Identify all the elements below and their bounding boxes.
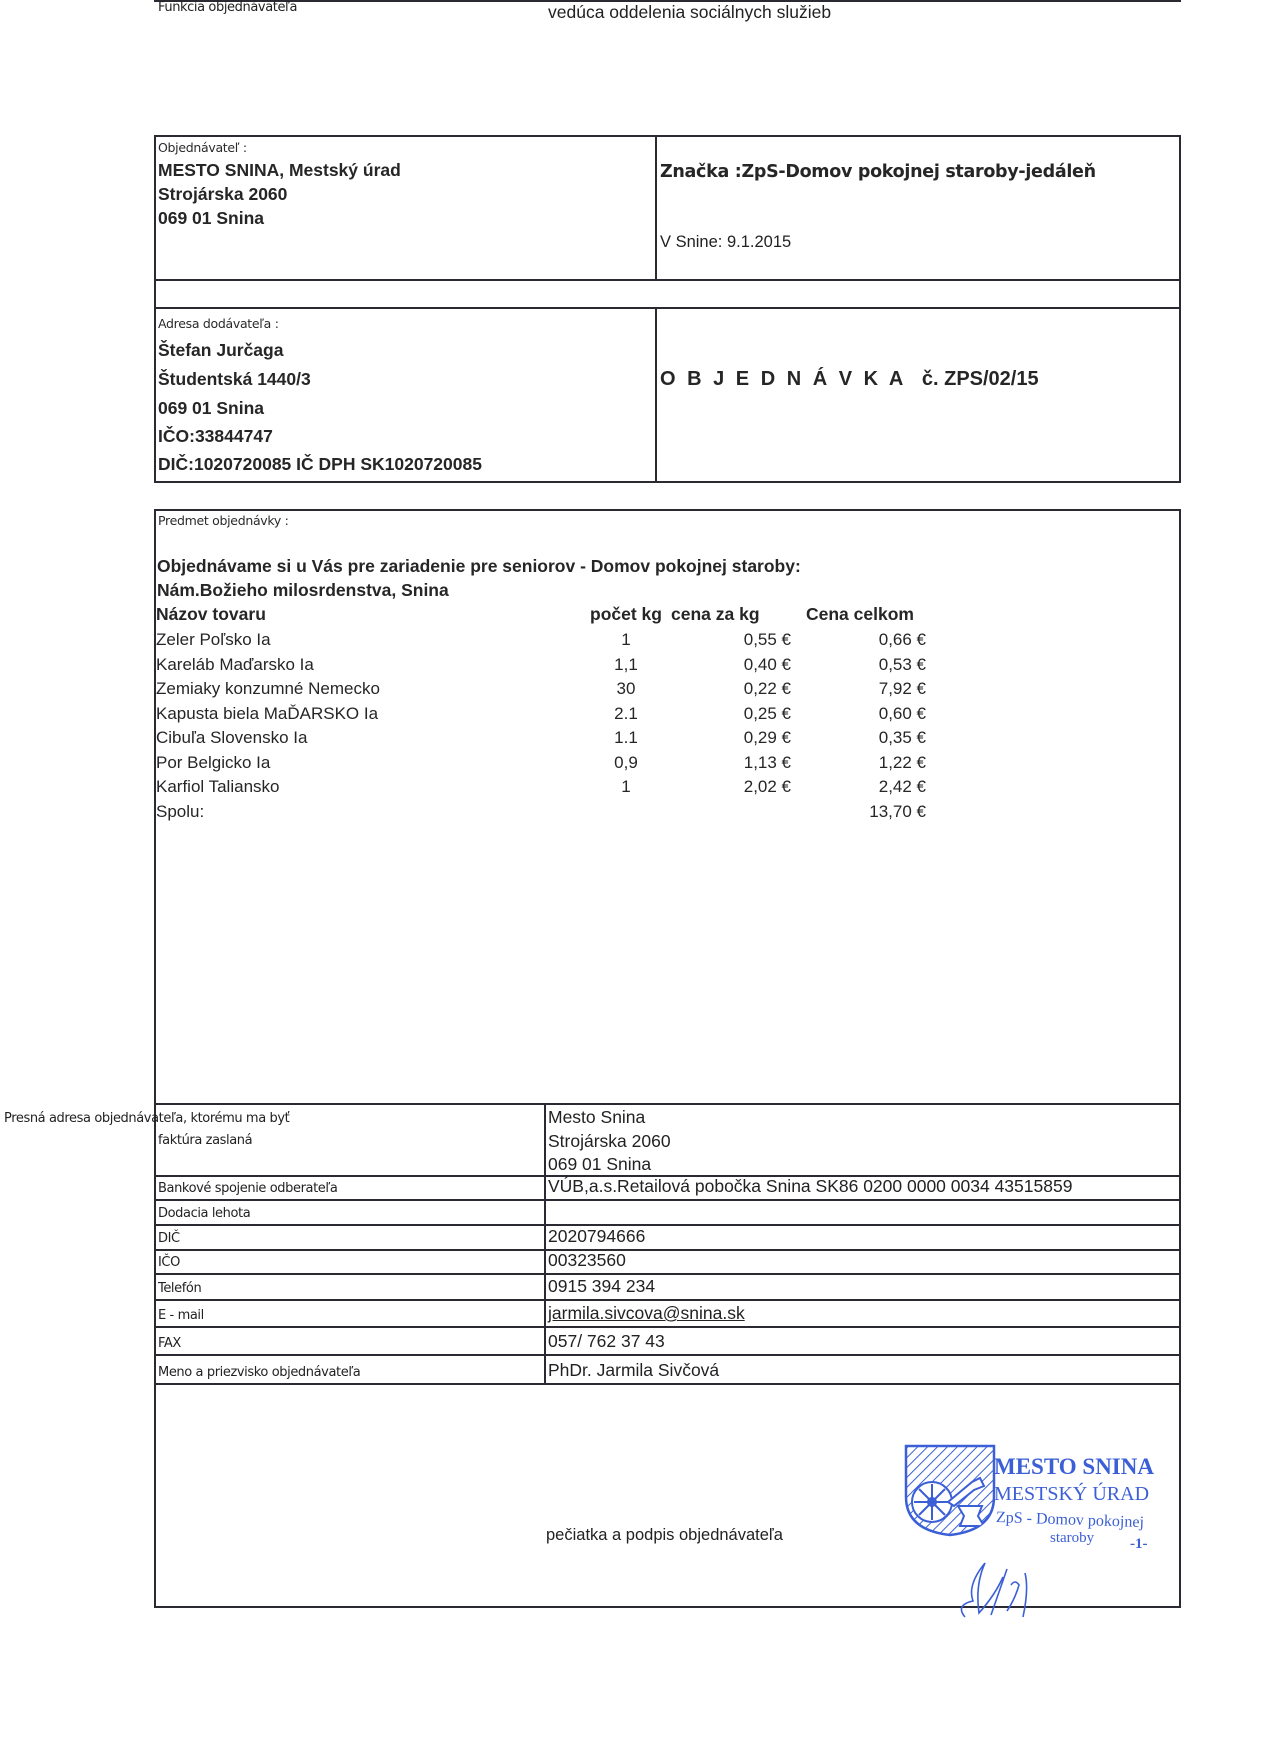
item-unit-price: 2,02 €: [676, 777, 791, 797]
stamp-line4: staroby: [1050, 1530, 1094, 1547]
orderer-street: Strojárska 2060: [158, 184, 287, 205]
item-total: 0,66 €: [796, 630, 926, 650]
order-title-word: O B J E D N Á V K A: [660, 368, 906, 390]
info-label: Bankové spojenie odberateľa: [158, 1181, 337, 1196]
info-row: Telefón0915 394 234: [154, 1273, 1179, 1299]
info-row: IČO00323560: [154, 1249, 1179, 1273]
supplier-city: 069 01 Snina: [158, 398, 264, 419]
info-label: Telefón: [158, 1281, 201, 1296]
info-label: Funkcia objednávateľa: [158, 0, 297, 15]
item-total: 0,53 €: [796, 655, 926, 675]
stamp-number: -1-: [1130, 1536, 1148, 1553]
item-quantity: 1.1: [576, 728, 676, 748]
item-total: 7,92 €: [796, 679, 926, 699]
stamp-line2: MESTSKÝ ÚRAD: [994, 1483, 1149, 1506]
order-date: V Snine: 9.1.2015: [660, 233, 791, 252]
info-label: Meno a priezvisko objednávateľa: [158, 1365, 360, 1380]
info-value: PhDr. Jarmila Sivčová: [548, 1358, 719, 1382]
info-row: Meno a priezvisko objednávateľaPhDr. Jar…: [154, 1354, 1179, 1383]
item-name: Zeler Poľsko Ia: [156, 630, 271, 650]
info-row: FAX057/ 762 37 43: [154, 1326, 1179, 1354]
item-quantity: 1: [576, 630, 676, 650]
spacer-row: [154, 279, 1181, 309]
stamp-line1: MESTO SNINA: [994, 1454, 1154, 1480]
item-quantity: 30: [576, 679, 676, 699]
orderer-box: [154, 135, 1181, 281]
subject-line1: Objednávame si u Vás pre zariadenie pre …: [157, 556, 801, 577]
items-table: Názov tovaru počet kg cena za kg Cena ce…: [156, 604, 936, 844]
orderer-divider: [655, 135, 657, 281]
supplier-divider: [655, 307, 657, 483]
info-row: Bankové spojenie odberateľaVÚB,a.s.Retai…: [154, 1175, 1179, 1199]
info-row: E - mailjarmila.sivcova@snina.sk: [154, 1299, 1179, 1326]
item-quantity: 0,9: [576, 753, 676, 773]
supplier-dic: DIČ:1020720085 IČ DPH SK1020720085: [158, 454, 482, 475]
item-quantity: 1: [576, 777, 676, 797]
coat-of-arms-icon: [902, 1442, 998, 1538]
info-label: Dodacia lehota: [158, 1206, 250, 1221]
item-unit-price: 0,55 €: [676, 630, 791, 650]
item-unit-price: 0,25 €: [676, 704, 791, 724]
item-name: Cibuľa Slovensko Ia: [156, 728, 307, 748]
signature-label: pečiatka a podpis objednávateľa: [546, 1526, 783, 1545]
info-row: DIČ2020794666: [154, 1224, 1179, 1249]
info-label: E - mail: [158, 1308, 204, 1323]
signature-scribble: [945, 1555, 1055, 1625]
item-unit-price: 0,40 €: [676, 655, 791, 675]
orderer-label: Objednávateľ :: [158, 140, 247, 155]
item-name: Zemiaky konzumné Nemecko: [156, 679, 380, 699]
orderer-city: 069 01 Snina: [158, 208, 264, 229]
info-label: FAX: [158, 1336, 181, 1351]
supplier-ico: IČO:33844747: [158, 426, 273, 447]
mark-text: Značka :ZpS-Domov pokojnej staroby-jedál…: [660, 162, 1096, 182]
info-label: DIČ: [158, 1231, 180, 1246]
item-quantity: 2.1: [576, 704, 676, 724]
item-name: Karfiol Taliansko: [156, 777, 279, 797]
info-value: 00323560: [548, 1248, 626, 1272]
item-total: 2,42 €: [796, 777, 926, 797]
item-quantity: 1,1: [576, 655, 676, 675]
info-value: VÚB,a.s.Retailová pobočka Snina SK86 020…: [548, 1174, 1072, 1198]
invoice-address-value-3: 069 01 Snina: [548, 1152, 651, 1176]
item-unit-price: 0,29 €: [676, 728, 791, 748]
header-quantity: počet kg: [576, 604, 676, 625]
info-value: 0915 394 234: [548, 1274, 655, 1298]
sum-label: Spolu:: [156, 802, 204, 822]
invoice-address-value-1: Mesto Snina: [548, 1105, 645, 1129]
supplier-street: Študentská 1440/3: [158, 369, 311, 390]
info-value: 057/ 762 37 43: [548, 1329, 665, 1353]
header-item-name: Názov tovaru: [156, 604, 266, 625]
order-number: č. ZPS/02/15: [922, 368, 1039, 390]
item-unit-price: 0,22 €: [676, 679, 791, 699]
invoice-address-label-1: Presná adresa objednávateľa, ktorému ma …: [4, 1111, 289, 1126]
item-name: Por Belgicko Ia: [156, 753, 270, 773]
subject-label: Predmet objednávky :: [158, 513, 289, 528]
item-name: Kareláb Maďarsko Ia: [156, 655, 314, 675]
subject-line2: Nám.Božieho milosrdenstva, Snina: [157, 580, 449, 601]
order-title: O B J E D N Á V K A č. ZPS/02/15: [660, 368, 1039, 391]
info-row: Dodacia lehota: [154, 1199, 1179, 1224]
email-link[interactable]: jarmila.sivcova@snina.sk: [548, 1301, 745, 1325]
item-total: 0,60 €: [796, 704, 926, 724]
info-value: 2020794666: [548, 1224, 645, 1248]
header-unit-price: cena za kg: [671, 604, 760, 625]
invoice-address-label-2: faktúra zaslaná: [154, 1133, 252, 1148]
item-total: 1,22 €: [796, 753, 926, 773]
supplier-label: Adresa dodávateľa :: [158, 316, 279, 331]
item-total: 0,35 €: [796, 728, 926, 748]
info-value: vedúca oddelenia sociálnych služieb: [548, 0, 831, 24]
info-label: IČO: [158, 1255, 180, 1270]
sum-value: 13,70 €: [796, 802, 926, 822]
header-total: Cena celkom: [806, 604, 914, 625]
item-name: Kapusta biela MaĎARSKO Ia: [156, 704, 378, 724]
stamp: MESTO SNINA MESTSKÝ ÚRAD ZpS - Domov pok…: [900, 1440, 1180, 1570]
item-unit-price: 1,13 €: [676, 753, 791, 773]
invoice-address-value-2: Strojárska 2060: [548, 1129, 671, 1153]
supplier-name: Štefan Jurčaga: [158, 340, 283, 361]
stamp-line3: ZpS - Domov pokojnej: [996, 1509, 1145, 1532]
orderer-name: MESTO SNINA, Mestský úrad: [158, 160, 401, 181]
